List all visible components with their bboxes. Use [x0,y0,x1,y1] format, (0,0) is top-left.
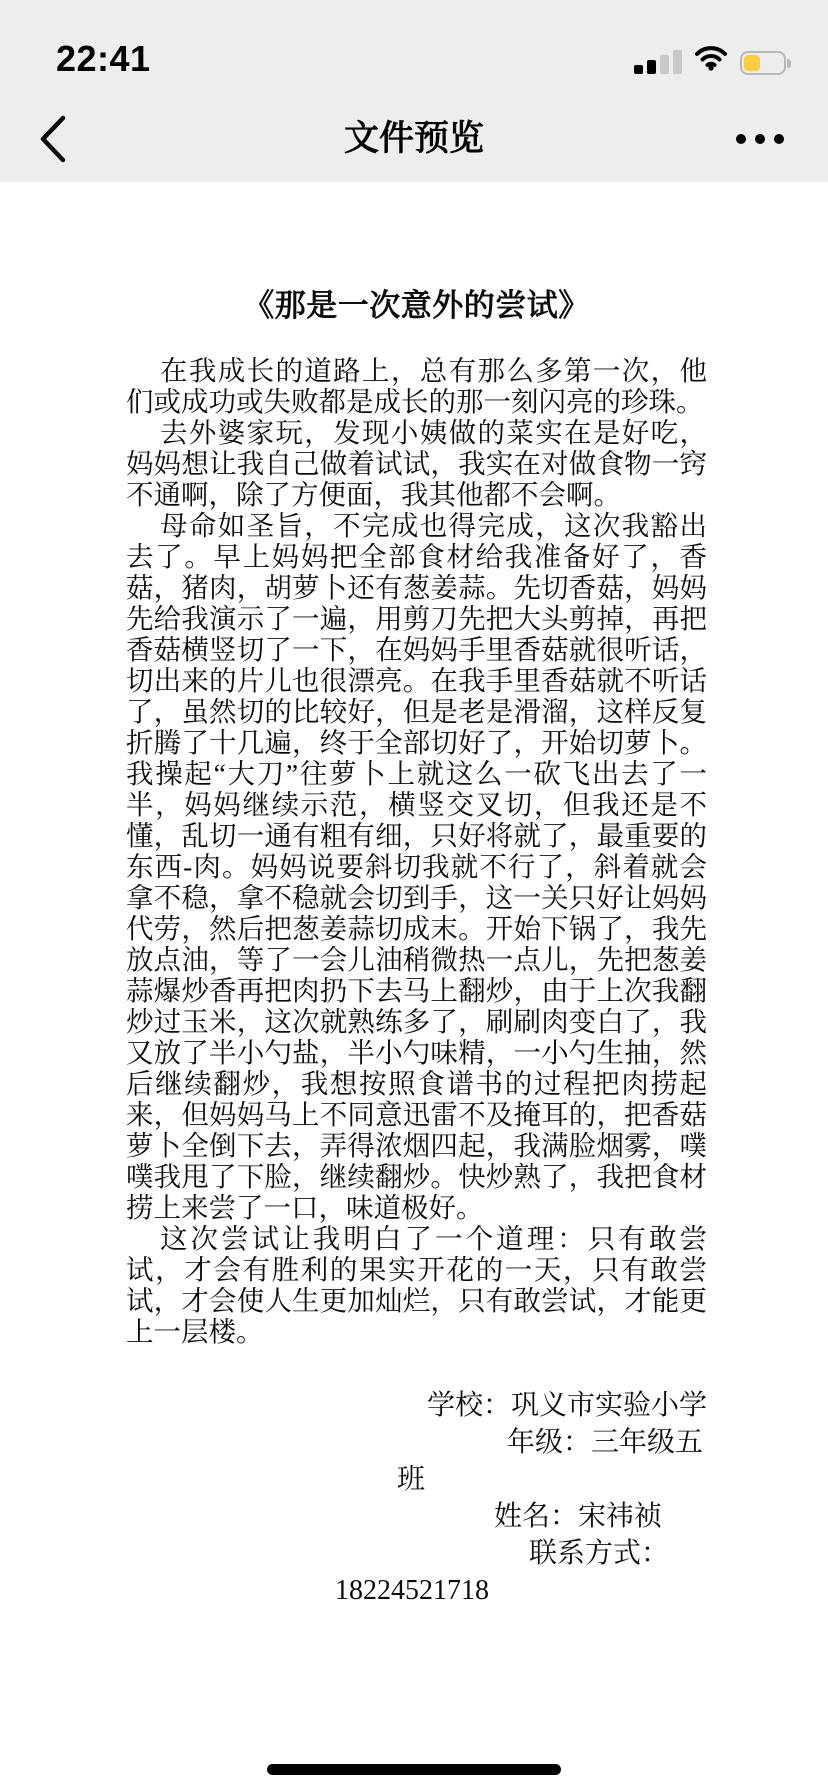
document-page: 《那是一次意外的尝试》 在我成长的道路上，总有那么多第一次，他们或成功或失败都是… [0,182,828,1609]
school-line: 学校：巩义市实验小学 [126,1387,707,1424]
essay-paragraph-3: 母命如圣旨，不完成也得完成，这次我豁出去了。早上妈妈把全部食材给我准备好了，香菇… [126,510,707,1223]
grade-line: 年级：三年级五 [126,1424,707,1461]
battery-icon [740,51,792,77]
wifi-icon [694,45,728,80]
back-button[interactable] [18,108,88,174]
home-indicator[interactable] [267,1764,561,1775]
essay-footer: 学校：巩义市实验小学 年级：三年级五 班 姓名：宋祎祯 联系方式： 182245… [126,1387,707,1609]
essay-title: 《那是一次意外的尝试》 [126,280,707,325]
status-icons [634,40,792,80]
essay-paragraph-1: 在我成长的道路上，总有那么多第一次，他们或成功或失败都是成长的那一刻闪亮的珍珠。 [126,355,707,417]
battery-fill [744,55,760,71]
more-button[interactable] [720,108,800,170]
chevron-left-icon [39,115,67,168]
document-scroll-area[interactable]: 《那是一次意外的尝试》 在我成长的道路上，总有那么多第一次，他们或成功或失败都是… [0,182,828,1792]
name-line: 姓名：宋祎祯 [126,1498,707,1535]
grade-wrap-line: 班 [126,1461,707,1498]
header: 22:41 文件预览 [0,0,828,182]
ellipsis-icon [736,134,784,144]
essay-paragraph-2: 去外婆家玩，发现小姨做的菜实在是好吃，妈妈想让我自己做着试试，我实在对做食物一窍… [126,417,707,510]
status-time: 22:41 [56,38,151,80]
essay-paragraph-4: 这次尝试让我明白了一个道理：只有敢尝试，才会有胜利的果实开花的一天，只有敢尝试，… [126,1223,707,1347]
contact-label-line: 联系方式： [126,1535,707,1572]
essay-body: 在我成长的道路上，总有那么多第一次，他们或成功或失败都是成长的那一刻闪亮的珍珠。… [126,355,707,1347]
nav-bar: 文件预览 [0,100,828,182]
page-title: 文件预览 [0,100,828,172]
phone-number: 18224521718 [126,1572,707,1609]
status-bar: 22:41 [0,0,828,100]
cellular-signal-icon [634,50,682,80]
